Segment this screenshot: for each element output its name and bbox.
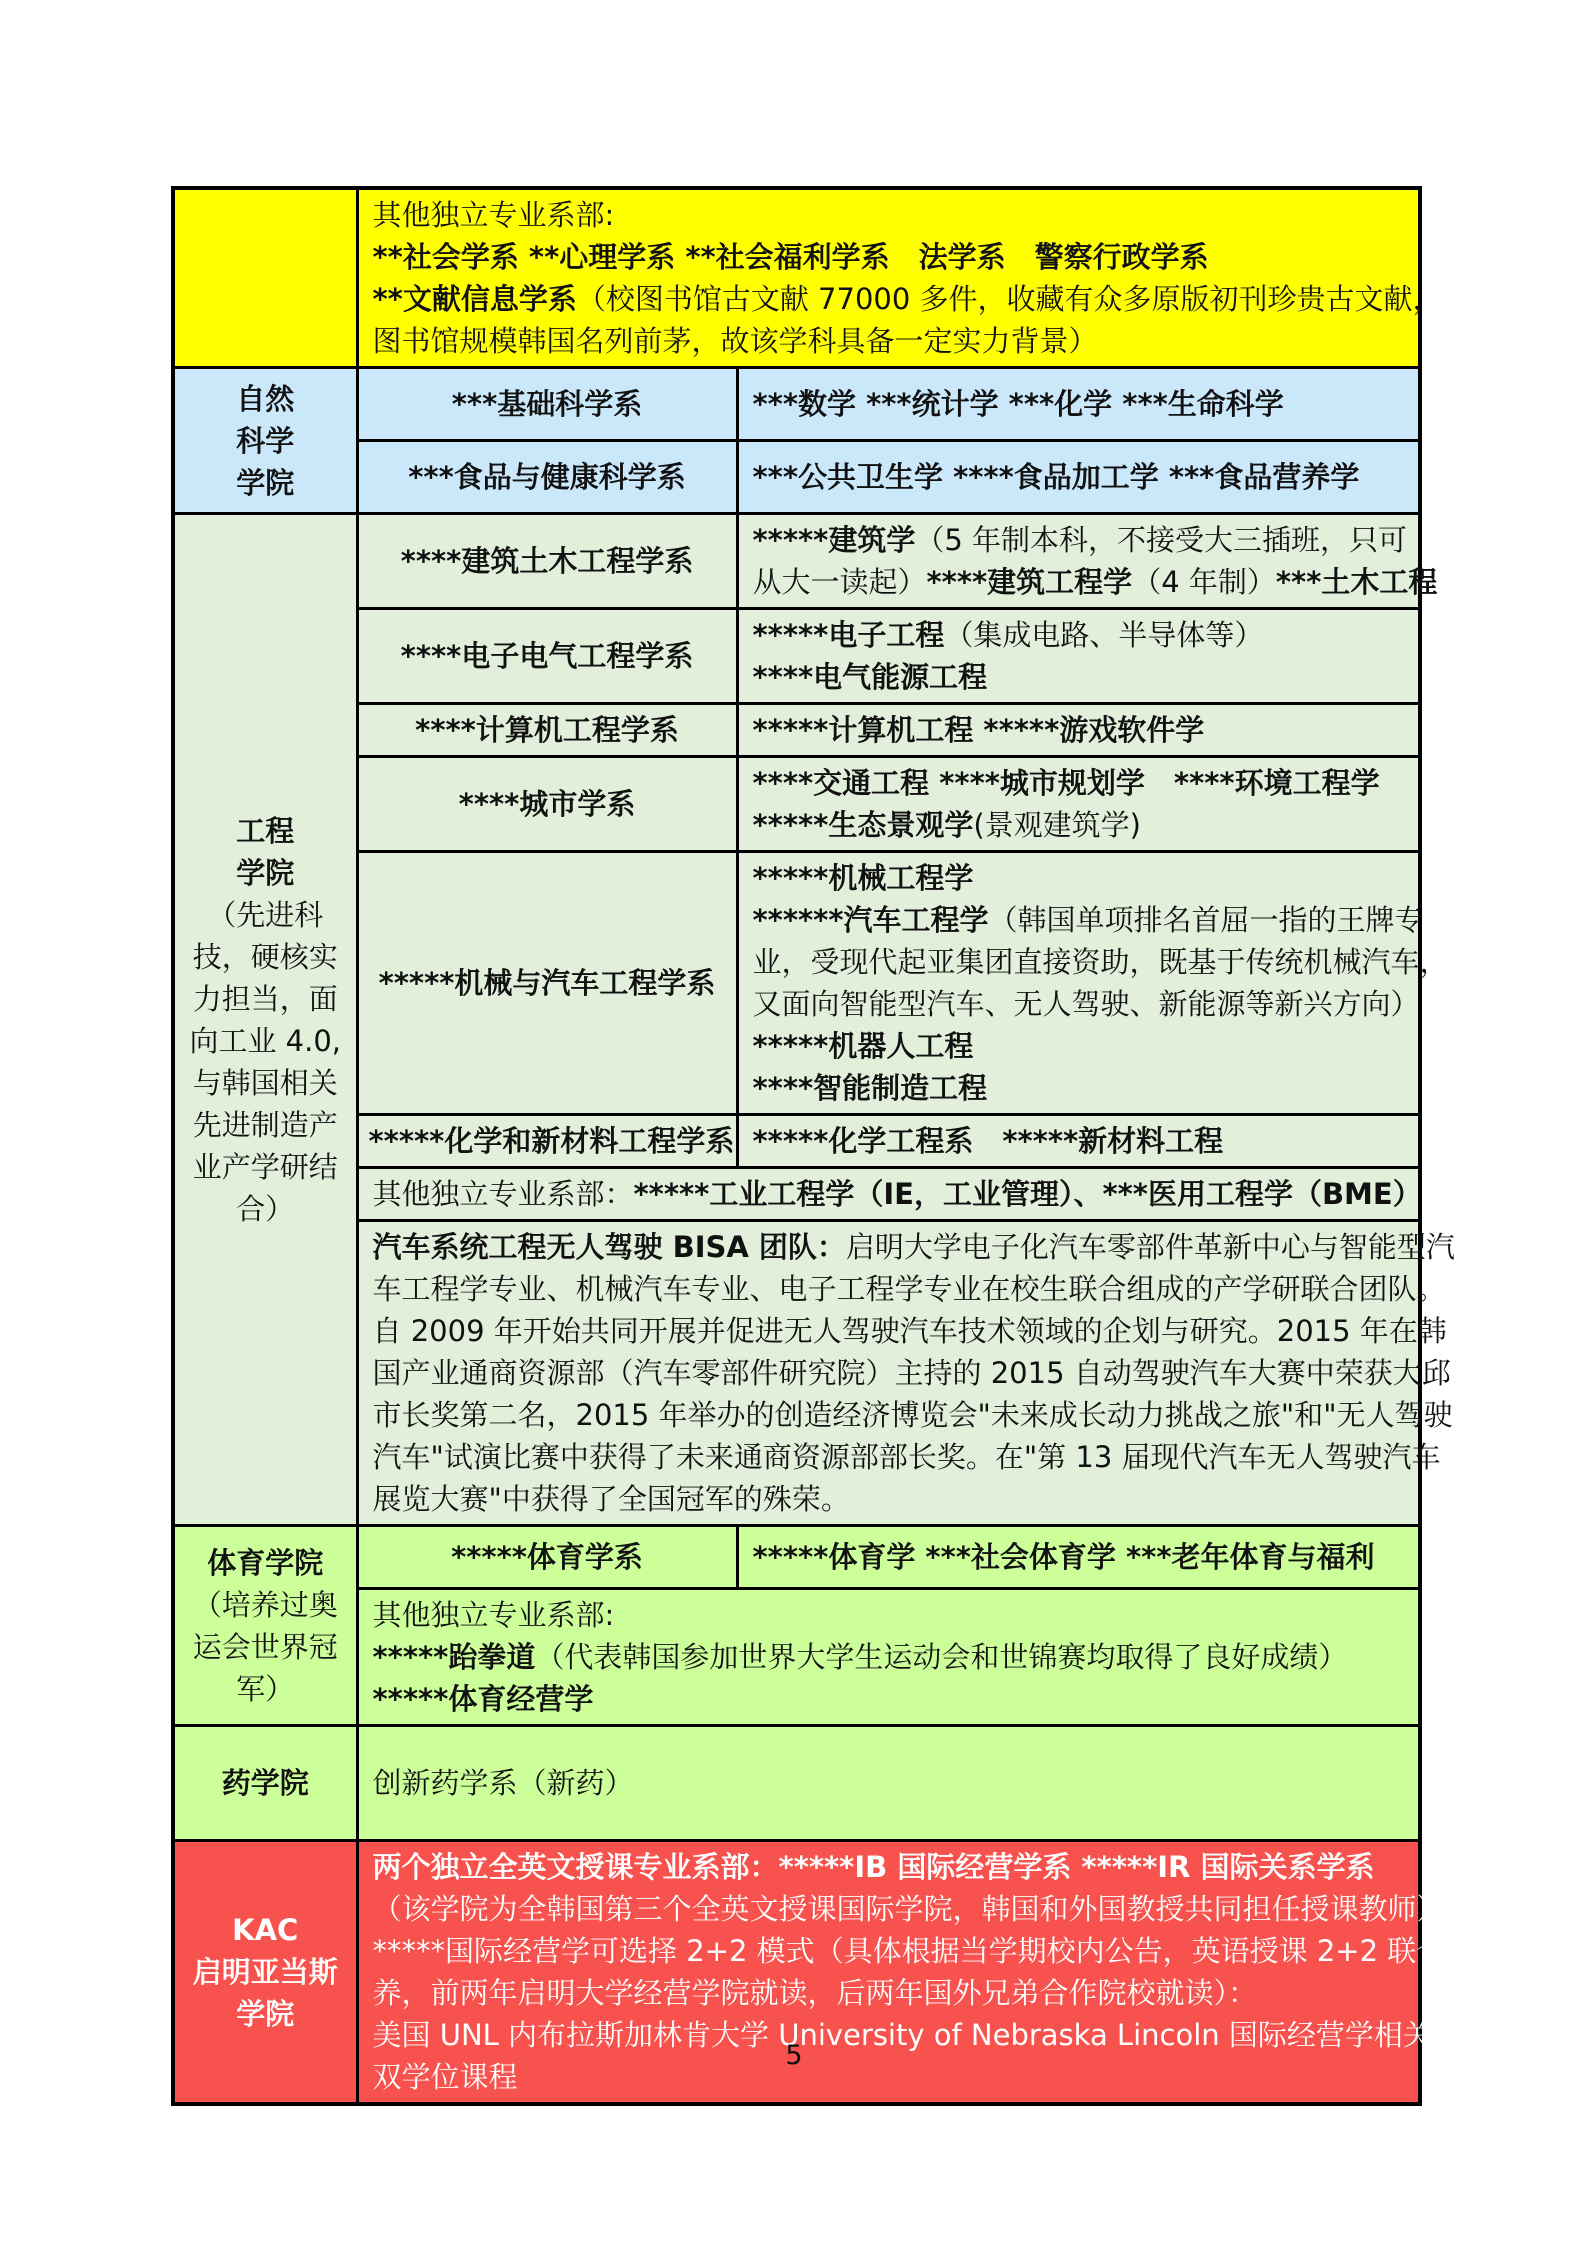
text-line: 合） [185, 1188, 346, 1230]
text-line: 军） [185, 1668, 346, 1710]
text-line: ***公共卫生学 ****食品加工学 ***食品营养学 [753, 456, 1409, 498]
text-segment: 业，受现代起亚集团直接资助，既基于传统机械汽车， [753, 945, 1449, 979]
text-segment: 工程 [236, 814, 294, 848]
text-segment: 两个独立全英文授课专业系部：*****IB 国际经营学系 *****IR 国际关… [373, 1850, 1375, 1884]
cell-majors-food-health: ***公共卫生学 ****食品加工学 ***食品营养学 [737, 441, 1420, 514]
cell-majors-chemical-materials: *****化学工程系 *****新材料工程 [737, 1115, 1420, 1168]
cell-college-pharmacy: 药学院 [173, 1726, 357, 1841]
text-line: 工程 [185, 810, 346, 852]
text-segment: 先进制造产 [193, 1108, 338, 1142]
text-line: ****城市学系 [369, 783, 726, 825]
text-segment: *****跆拳道 [373, 1640, 536, 1674]
text-segment: *****机械工程学 [753, 861, 974, 895]
text-segment: 其他独立专业系部: [373, 198, 615, 232]
text-line: *****机器人工程 [753, 1025, 1409, 1067]
text-line: ****智能制造工程 [753, 1067, 1409, 1109]
text-segment: （4 年制） [1132, 565, 1276, 599]
document-page: 其他独立专业系部:**社会学系 **心理学系 **社会福利学系 法学系 警察行政… [0, 0, 1588, 2245]
text-line: *****体育经营学 [373, 1678, 1409, 1720]
text-line: *****体育学 ***社会体育学 ***老年体育与福利 [753, 1536, 1409, 1578]
text-segment: ***公共卫生学 ****食品加工学 ***食品营养学 [753, 460, 1360, 494]
colleges-table: 其他独立专业系部:**社会学系 **心理学系 **社会福利学系 法学系 警察行政… [171, 186, 1422, 2106]
text-line: 其他独立专业系部：*****工业工程学（IE，工业管理）、***医用工程学（BM… [373, 1173, 1409, 1215]
text-segment: 运会世界冠 [193, 1630, 338, 1664]
text-segment: *****电子工程 [753, 618, 945, 652]
text-segment: 力担当，面 [193, 982, 338, 1016]
text-segment: 与韩国相关 [193, 1066, 338, 1100]
text-segment: *****工业工程学（IE，工业管理）、***医用工程学（BME） [634, 1177, 1422, 1211]
text-segment: ****智能制造工程 [753, 1071, 988, 1105]
text-segment: *****化学工程系 *****新材料工程 [753, 1124, 1224, 1158]
cell-majors-mechanical-automotive: *****机械工程学******汽车工程学（韩国单项排名首屈一指的王牌专业，受现… [737, 852, 1420, 1115]
text-segment: （韩国单项排名首屈一指的王牌专 [989, 903, 1424, 937]
text-segment: 自然 [236, 382, 294, 416]
text-segment: 军） [236, 1672, 294, 1706]
text-line: *****电子工程（集成电路、半导体等） [753, 614, 1409, 656]
text-line: 车工程学专业、机械汽车专业、电子工程学专业在校生联合组成的产学研联合团队。 [373, 1268, 1409, 1310]
cell-dept-basic-science: ***基础科学系 [357, 368, 737, 441]
text-segment: ***土木工程 [1276, 565, 1438, 599]
text-segment: ****城市学系 [459, 787, 636, 821]
cell-dept-mechanical-automotive: *****机械与汽车工程学系 [357, 852, 737, 1115]
text-segment: **社会学系 **心理学系 **社会福利学系 法学系 警察行政学系 [373, 240, 1209, 274]
text-segment: 业产学研结 [193, 1150, 338, 1184]
text-segment: 自 2009 年开始共同开展并促进无人驾驶汽车技术领域的企划与研究。2015 年… [373, 1314, 1447, 1348]
text-line: KAC [185, 1909, 346, 1951]
text-segment: 技，硬核实 [193, 940, 338, 974]
cell-other-departments-sports: 其他独立专业系部:*****跆拳道（代表韩国参加世界大学生运动会和世锦赛均取得了… [357, 1589, 1420, 1726]
cell-majors-electronic-electrical: *****电子工程（集成电路、半导体等）****电气能源工程 [737, 609, 1420, 704]
text-line: 业产学研结 [185, 1146, 346, 1188]
text-line: *****计算机工程 *****游戏软件学 [753, 709, 1409, 751]
text-segment: 国产业通商资源部（汽车零部件研究院）主持的 2015 自动驾驶汽车大赛中荣获大邱 [373, 1356, 1451, 1390]
text-line: *****跆拳道（代表韩国参加世界大学生运动会和世锦赛均取得了良好成绩） [373, 1636, 1409, 1678]
cell-dept-computer-engineering: ****计算机工程学系 [357, 704, 737, 757]
text-line: 自然 [185, 378, 346, 420]
cell-bisa-team-note: 汽车系统工程无人驾驶 BISA 团队：启明大学电子化汽车零部件革新中心与智能型汽… [357, 1221, 1420, 1526]
text-segment: （集成电路、半导体等） [944, 618, 1263, 652]
cell-other-departments-humanities: 其他独立专业系部:**社会学系 **心理学系 **社会福利学系 法学系 警察行政… [357, 188, 1420, 368]
text-segment: 学院 [236, 466, 294, 500]
cell-college-natural-science: 自然科学学院 [173, 368, 357, 514]
text-segment: ***基础科学系 [452, 387, 643, 421]
text-line: *****生态景观学(景观建筑学) [753, 804, 1409, 846]
cell-college-sports: 体育学院（培养过奥运会世界冠军） [173, 1526, 357, 1726]
text-segment: 药学院 [222, 1766, 309, 1800]
text-segment: *****体育学系 [451, 1540, 643, 1574]
text-line: *****机械与汽车工程学系 [369, 962, 726, 1004]
text-segment: 从大一读起） [753, 565, 927, 599]
text-line: ******汽车工程学（韩国单项排名首屈一指的王牌专 [753, 899, 1409, 941]
text-line: 体育学院 [185, 1542, 346, 1584]
text-line: 学院 [185, 852, 346, 894]
cell-majors-urban-studies: ****交通工程 ****城市规划学 ****环境工程学*****生态景观学(景… [737, 757, 1420, 852]
text-segment: （校图书馆古文献 77000 多件，收藏有众多原版初刊珍贵古文献， [577, 282, 1442, 316]
text-line: 市长奖第二名，2015 年举办的创造经济博览会"未来成长动力挑战之旅"和"无人驾… [373, 1394, 1409, 1436]
text-segment: ****建筑工程学 [927, 565, 1133, 599]
text-line: ****电子电气工程学系 [369, 635, 726, 677]
text-line: 创新药学系（新药） [373, 1762, 1409, 1804]
text-segment: (景观建筑学) [973, 808, 1141, 842]
cell-majors-physical-education: *****体育学 ***社会体育学 ***老年体育与福利 [737, 1526, 1420, 1589]
cell-dept-architecture-civil: ****建筑土木工程学系 [357, 514, 737, 609]
text-segment: 科学 [236, 424, 294, 458]
text-segment: *****建筑学 [753, 523, 916, 557]
text-segment: 又面向智能型汽车、无人驾驶、新能源等新兴方向） [753, 987, 1420, 1021]
text-segment: *****体育经营学 [373, 1682, 594, 1716]
text-segment: （代表韩国参加世界大学生运动会和世锦赛均取得了良好成绩） [535, 1640, 1347, 1674]
text-segment: （5 年制本科，不接受大三插班，只可 [915, 523, 1407, 557]
text-line: （培养过奥 [185, 1584, 346, 1626]
text-segment: ****交通工程 ****城市规划学 ****环境工程学 [753, 766, 1380, 800]
cell-dept-urban-studies: ****城市学系 [357, 757, 737, 852]
text-line: *****化学工程系 *****新材料工程 [753, 1120, 1409, 1162]
cell-majors-basic-science: ***数学 ***统计学 ***化学 ***生命科学 [737, 368, 1420, 441]
text-line: 其他独立专业系部: [373, 194, 1409, 236]
text-segment: 学院 [236, 1997, 294, 2031]
text-line: ****计算机工程学系 [369, 709, 726, 751]
text-segment: 其他独立专业系部： [373, 1177, 634, 1211]
text-line: 启明亚当斯 [185, 1951, 346, 1993]
text-segment: **文献信息学系 [373, 282, 577, 316]
text-line: 养，前两年启明大学经营学院就读，后两年国外兄弟合作院校就读）： [373, 1972, 1409, 2014]
page-number: 5 [0, 2040, 1588, 2071]
cell-college-engineering: 工程学院（先进科技，硬核实力担当，面向工业 4.0,与韩国相关先进制造产业产学研… [173, 514, 357, 1526]
text-line: 两个独立全英文授课专业系部：*****IB 国际经营学系 *****IR 国际关… [373, 1846, 1409, 1888]
cell-dept-chemical-materials: *****化学和新材料工程学系 [357, 1115, 737, 1168]
text-segment: ****电气能源工程 [753, 660, 988, 694]
text-segment: （先进科 [207, 898, 323, 932]
text-segment: 车工程学专业、机械汽车专业、电子工程学专业在校生联合组成的产学研联合团队。 [373, 1272, 1446, 1306]
text-segment: 体育学院 [207, 1546, 323, 1580]
text-segment: 创新药学系（新药） [373, 1766, 634, 1800]
text-line: 自 2009 年开始共同开展并促进无人驾驶汽车技术领域的企划与研究。2015 年… [373, 1310, 1409, 1352]
text-segment: KAC [232, 1913, 298, 1947]
text-line: **社会学系 **心理学系 **社会福利学系 法学系 警察行政学系 [373, 236, 1409, 278]
cell-dept-physical-education: *****体育学系 [357, 1526, 737, 1589]
cell-yellow-spacer [173, 188, 357, 368]
text-segment: ******汽车工程学 [753, 903, 989, 937]
text-line: *****机械工程学 [753, 857, 1409, 899]
text-line: 展览大赛"中获得了全国冠军的殊荣。 [373, 1478, 1409, 1520]
text-segment: *****计算机工程 *****游戏软件学 [753, 713, 1205, 747]
text-line: *****国际经营学可选择 2+2 模式（具体根据当学期校内公告，英语授课 2+… [373, 1930, 1409, 1972]
text-segment: 展览大赛"中获得了全国冠军的殊荣。 [373, 1482, 850, 1516]
text-line: 学院 [185, 462, 346, 504]
text-segment: ****计算机工程学系 [415, 713, 679, 747]
text-segment: *****化学和新材料工程学系 [369, 1124, 735, 1158]
text-segment: *****机械与汽车工程学系 [379, 966, 716, 1000]
text-line: 先进制造产 [185, 1104, 346, 1146]
text-segment: （该学院为全韩国第三个全英文授课国际学院，韩国和外国教授共同担任授课教师） [373, 1892, 1446, 1926]
text-line: ****建筑土木工程学系 [369, 540, 726, 582]
text-line: 与韩国相关 [185, 1062, 346, 1104]
text-segment: 其他独立专业系部: [373, 1598, 615, 1632]
text-segment: ***数学 ***统计学 ***化学 ***生命科学 [753, 387, 1284, 421]
text-segment: 向工业 4.0, [189, 1024, 341, 1058]
text-line: 科学 [185, 420, 346, 462]
text-segment: ***食品与健康科学系 [408, 460, 686, 494]
text-line: 又面向智能型汽车、无人驾驶、新能源等新兴方向） [753, 983, 1409, 1025]
text-line: 学院 [185, 1993, 346, 2035]
text-line: 业，受现代起亚集团直接资助，既基于传统机械汽车， [753, 941, 1409, 983]
text-line: 国产业通商资源部（汽车零部件研究院）主持的 2015 自动驾驶汽车大赛中荣获大邱 [373, 1352, 1409, 1394]
text-line: *****体育学系 [369, 1536, 726, 1578]
cell-other-departments-engineering: 其他独立专业系部：*****工业工程学（IE，工业管理）、***医用工程学（BM… [357, 1168, 1420, 1221]
text-line: 药学院 [185, 1762, 346, 1804]
text-segment: 图书馆规模韩国名列前茅，故该学科具备一定实力背景） [373, 324, 1098, 358]
text-segment: *****国际经营学可选择 2+2 模式（具体根据当学期校内公告，英语授课 2+… [373, 1934, 1475, 1968]
text-line: ****交通工程 ****城市规划学 ****环境工程学 [753, 762, 1409, 804]
cell-majors-computer-engineering: *****计算机工程 *****游戏软件学 [737, 704, 1420, 757]
text-segment: 市长奖第二名，2015 年举办的创造经济博览会"未来成长动力挑战之旅"和"无人驾… [373, 1398, 1453, 1432]
text-segment: 学院 [236, 856, 294, 890]
cell-dept-food-health: ***食品与健康科学系 [357, 441, 737, 514]
text-line: 从大一读起）****建筑工程学（4 年制）***土木工程 [753, 561, 1409, 603]
text-line: *****建筑学（5 年制本科，不接受大三插班，只可 [753, 519, 1409, 561]
text-line: ****电气能源工程 [753, 656, 1409, 698]
text-line: **文献信息学系（校图书馆古文献 77000 多件，收藏有众多原版初刊珍贵古文献… [373, 278, 1409, 320]
text-segment: （培养过奥 [193, 1588, 338, 1622]
text-line: *****化学和新材料工程学系 [369, 1120, 726, 1162]
text-segment: 合） [236, 1192, 294, 1226]
cell-majors-architecture-civil: *****建筑学（5 年制本科，不接受大三插班，只可从大一读起）****建筑工程… [737, 514, 1420, 609]
cell-dept-electronic-electrical: ****电子电气工程学系 [357, 609, 737, 704]
text-line: （先进科 [185, 894, 346, 936]
text-line: ***数学 ***统计学 ***化学 ***生命科学 [753, 383, 1409, 425]
text-segment: 汽车"试演比赛中获得了未来通商资源部部长奖。在"第 13 届现代汽车无人驾驶汽车 [373, 1440, 1441, 1474]
text-segment: *****生态景观学 [753, 808, 974, 842]
text-line: 汽车"试演比赛中获得了未来通商资源部部长奖。在"第 13 届现代汽车无人驾驶汽车 [373, 1436, 1409, 1478]
text-segment: 养，前两年启明大学经营学院就读，后两年国外兄弟合作院校就读）： [373, 1976, 1258, 2010]
text-line: 其他独立专业系部: [373, 1594, 1409, 1636]
text-line: 图书馆规模韩国名列前茅，故该学科具备一定实力背景） [373, 320, 1409, 362]
text-segment: *****机器人工程 [753, 1029, 974, 1063]
text-line: 汽车系统工程无人驾驶 BISA 团队：启明大学电子化汽车零部件革新中心与智能型汽 [373, 1226, 1409, 1268]
text-line: 向工业 4.0, [185, 1020, 346, 1062]
cell-pharmacy-content: 创新药学系（新药） [357, 1726, 1420, 1841]
text-line: 力担当，面 [185, 978, 346, 1020]
text-line: （该学院为全韩国第三个全英文授课国际学院，韩国和外国教授共同担任授课教师） [373, 1888, 1409, 1930]
text-line: ***食品与健康科学系 [369, 456, 726, 498]
text-segment: 启明大学电子化汽车零部件革新中心与智能型汽 [846, 1230, 1455, 1264]
text-segment: ****电子电气工程学系 [401, 639, 694, 673]
text-segment: 启明亚当斯 [193, 1955, 338, 1989]
text-line: 技，硬核实 [185, 936, 346, 978]
text-segment: ****建筑土木工程学系 [401, 544, 694, 578]
text-line: 运会世界冠 [185, 1626, 346, 1668]
text-line: ***基础科学系 [369, 383, 726, 425]
text-segment: 汽车系统工程无人驾驶 BISA 团队： [373, 1230, 846, 1264]
text-segment: *****体育学 ***社会体育学 ***老年体育与福利 [753, 1540, 1375, 1574]
